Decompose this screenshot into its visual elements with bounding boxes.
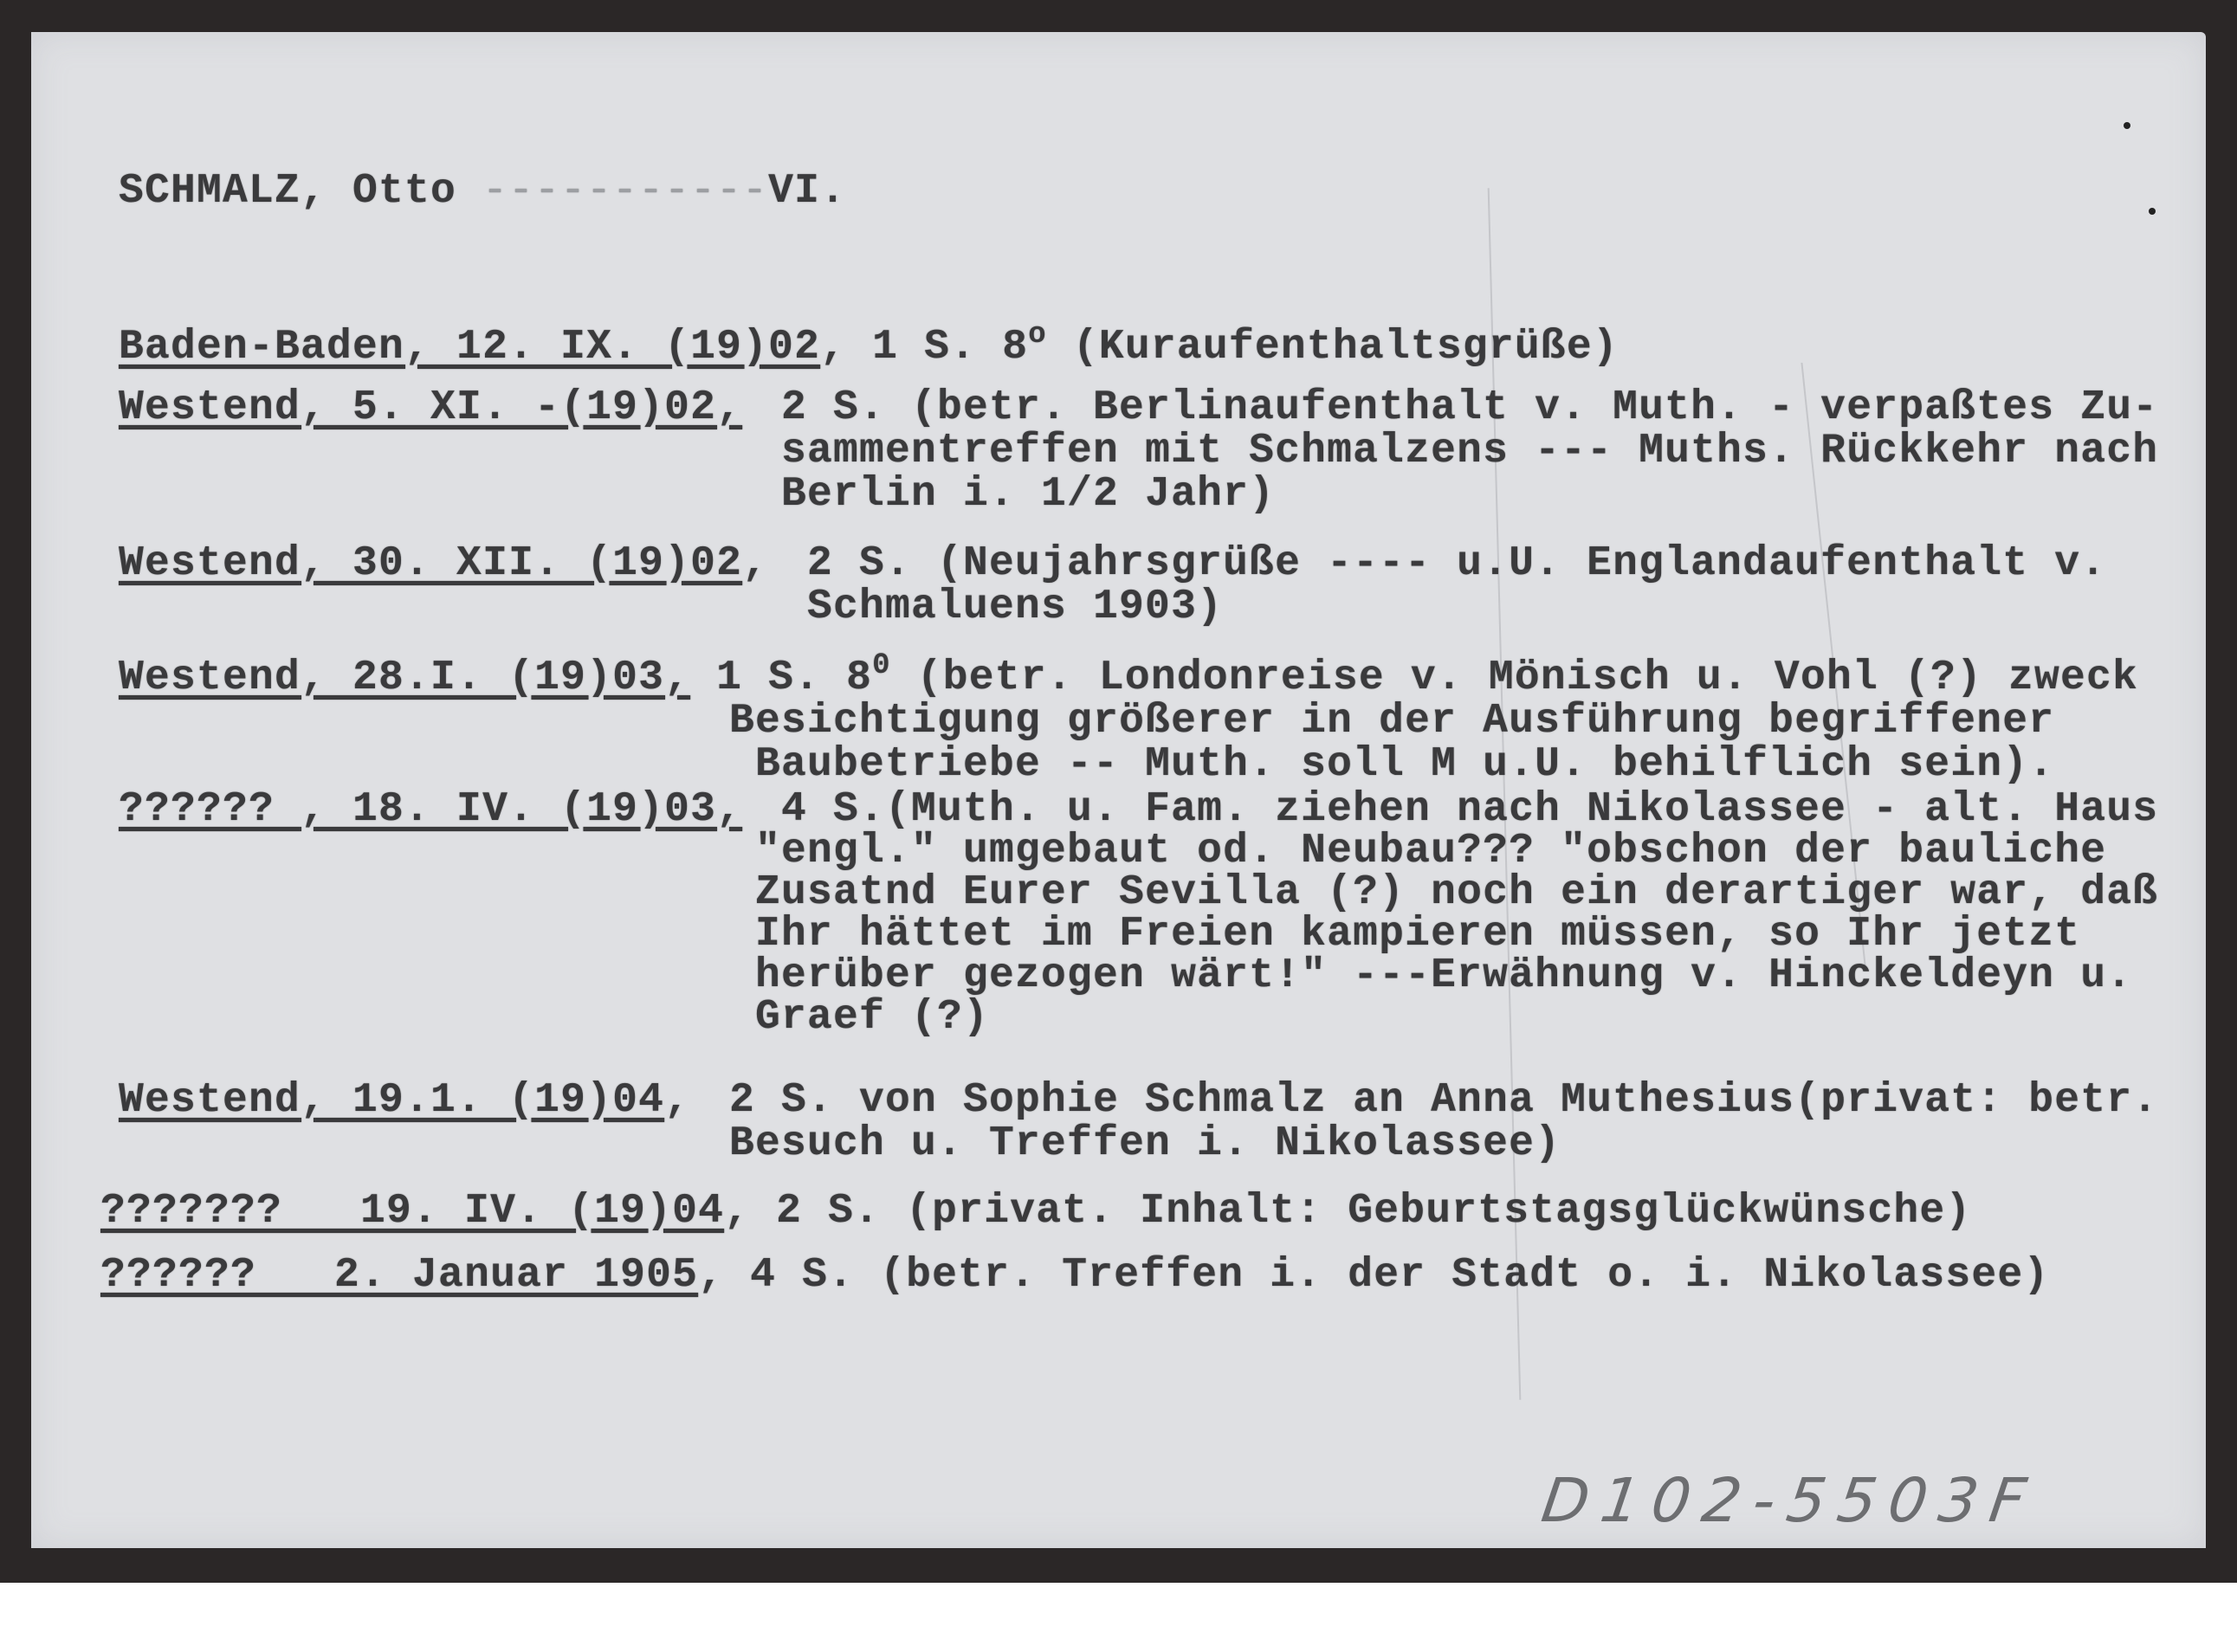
separator: , xyxy=(724,1188,750,1235)
entry: Westend, 30. XII. (19)02, xyxy=(119,543,768,584)
ink-dot xyxy=(2149,208,2156,215)
entry-description-line: 2 S. (Neujahrsgrüße ---- u.U. Englandauf… xyxy=(807,543,2106,584)
entry-description-line: Graef (?) xyxy=(755,997,989,1038)
separator: , xyxy=(664,1077,690,1124)
entry-place-date: Westend, 19.1. (19)04 xyxy=(119,1077,664,1124)
entry-description-line: Schmaluens 1903) xyxy=(807,586,1223,628)
volume-number: VI. xyxy=(768,168,846,215)
entry-description: 4 S. (betr. Treffen i. der Stadt o. i. N… xyxy=(750,1252,2049,1299)
entry-pages: 1 S. 8 xyxy=(716,655,872,701)
entry-description-line: Zusatnd Eurer Sevilla (?) noch ein derar… xyxy=(755,872,2158,913)
entry-description-line: 2 S. von Sophie Schmalz an Anna Muthesiu… xyxy=(729,1080,2158,1121)
entry-place-date: Westend, 5. XI. -(19)02, xyxy=(119,384,742,431)
entry-description: (betr. Londonreise v. Mönisch u. Vohl (?… xyxy=(917,655,2138,701)
entry-description-line: Besuch u. Treffen i. Nikolassee) xyxy=(729,1123,1561,1165)
separator: , xyxy=(820,324,846,371)
entry-description-line: sammentreffen mit Schmalzens --- Muths. … xyxy=(781,430,2158,472)
entry-place-date: ?????? 2. Januar 1905 xyxy=(100,1252,698,1299)
entry-description-line: Berlin i. 1/2 Jahr) xyxy=(781,474,1275,515)
entry-place-date: ?????? , 18. IV. (19)03, xyxy=(119,786,742,833)
entry-description: (Kuraufenthaltsgrüße) xyxy=(1073,324,1619,371)
entry-pages: 1 S. 8 xyxy=(872,324,1028,371)
entry: Westend, 19.1. (19)04, xyxy=(119,1080,690,1121)
entry-description-line: 2 S. (betr. Berlinaufenthalt v. Muth. - … xyxy=(781,387,2158,429)
entry-description-line: 4 S.(Muth. u. Fam. ziehen nach Nikolasse… xyxy=(781,789,2158,830)
entry-description: 2 S. (privat. Inhalt: Geburtstagsglückwü… xyxy=(776,1188,1971,1235)
entry-description-line: "engl." umgebaut od. Neubau??? "obschon … xyxy=(755,830,2106,872)
header-filler: ----------- xyxy=(482,168,768,215)
entry: Baden-Baden, 12. IX. (19)02, 1 S. 8o (Ku… xyxy=(119,326,1619,368)
entry: Westend, 28.I. (19)03, 1 S. 80 (betr. Lo… xyxy=(119,657,2138,699)
entry: Westend, 5. XI. -(19)02, xyxy=(119,387,742,429)
entry-place-date: Baden-Baden, 12. IX. (19)02 xyxy=(119,324,820,371)
entry: ?????? , 18. IV. (19)03, xyxy=(119,789,742,830)
entry-place-date: ??????? 19. IV. (19)04 xyxy=(100,1188,724,1235)
card-header: SCHMALZ, Otto -----------VI. xyxy=(119,171,846,212)
person-name: SCHMALZ, Otto xyxy=(119,168,456,215)
entry-description-line: Baubetriebe -- Muth. soll M u.U. behilfl… xyxy=(755,744,2054,785)
entry-place-date: Westend, 28.I. (19)03, xyxy=(119,655,690,701)
degree-mark: 0 xyxy=(872,649,891,682)
ink-dot xyxy=(2124,122,2130,129)
index-card: SCHMALZ, Otto -----------VI. Baden-Baden… xyxy=(31,32,2206,1548)
entry-description-line: Ihr hättet im Freien kampieren müssen, s… xyxy=(755,913,2080,955)
entry-description-line: Besichtigung größerer in der Ausführung … xyxy=(729,700,2054,742)
separator: , xyxy=(698,1252,724,1299)
degree-mark: o xyxy=(1028,319,1047,352)
entry-description-line: herüber gezogen wärt!" ---Erwähnung v. H… xyxy=(755,955,2132,997)
entry: ??????? 19. IV. (19)04, 2 S. (privat. In… xyxy=(100,1191,1971,1232)
archive-signature: D102-5503F xyxy=(1537,1465,2042,1536)
separator: , xyxy=(742,540,768,587)
entry: ?????? 2. Januar 1905, 4 S. (betr. Treff… xyxy=(100,1255,2049,1296)
entry-place-date: Westend, 30. XII. (19)02 xyxy=(119,540,742,587)
